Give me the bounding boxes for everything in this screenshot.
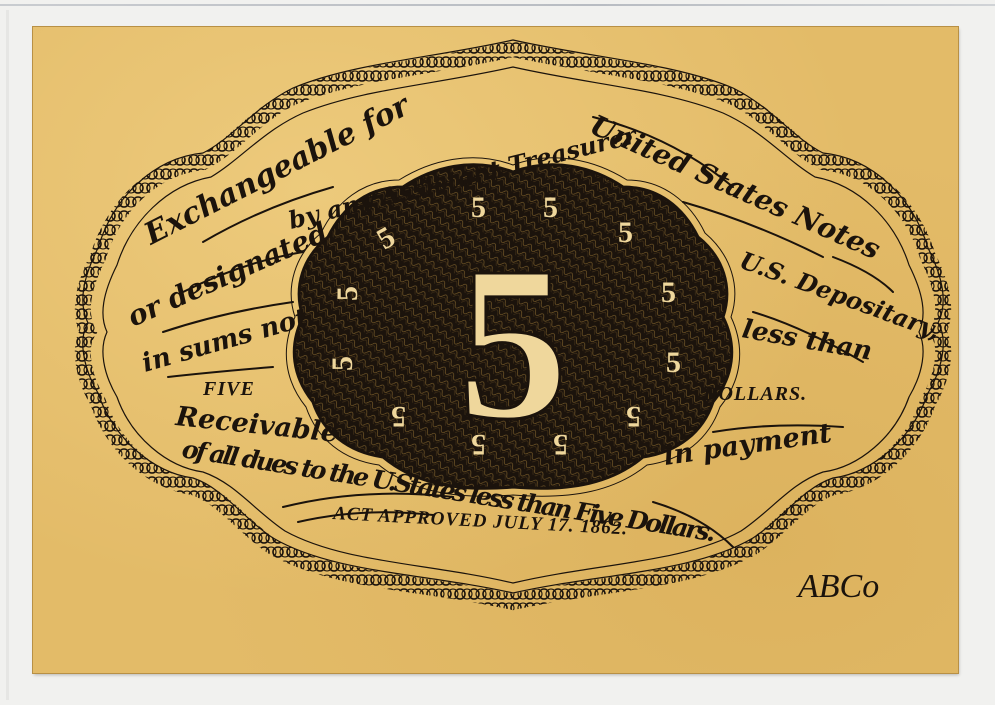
ring-numeral: 5 [471,191,486,224]
fractional-currency-note: 5 5 5 5 5 5 5 5 5 5 5 5 5 [33,27,958,673]
note-engraving: 5 5 5 5 5 5 5 5 5 5 5 5 5 [33,27,958,673]
legend-five: FIVE [202,378,255,400]
ring-numeral: 5 [391,400,406,433]
ring-numeral: 5 [543,191,558,224]
holder-sleeve-left-edge [6,10,9,700]
legend-less-than: less than [740,314,875,366]
holder-sleeve-top-edge [0,4,995,6]
abco-monogram: ABCo [796,568,879,605]
ring-numeral: 5 [626,400,641,433]
ring-numeral: 5 [326,356,359,371]
ring-numeral: 5 [666,346,681,379]
ring-numeral: 5 [661,276,676,309]
denomination-numeral: 5 [458,221,568,465]
legend-dollars: DOLLARS. [702,383,807,405]
ring-numeral: 5 [331,286,364,301]
ring-numeral: 5 [618,216,633,249]
